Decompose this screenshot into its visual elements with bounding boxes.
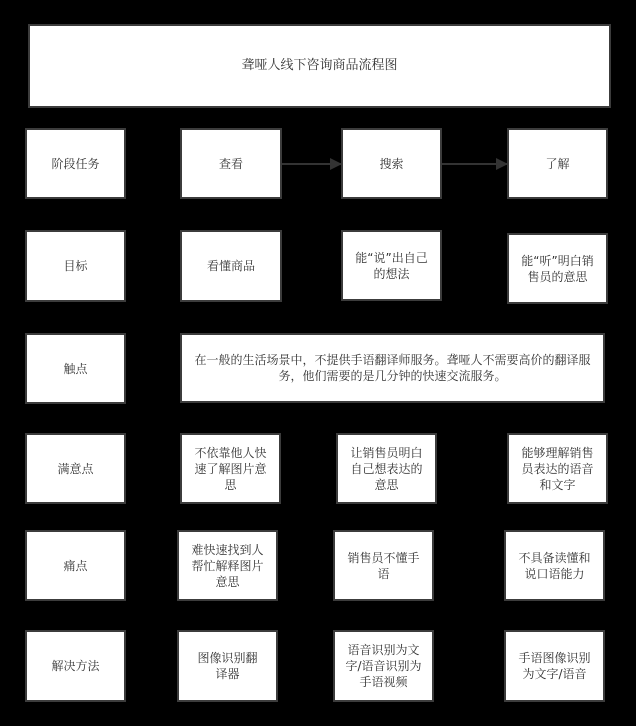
solution-cell: 图像识别翻译器 — [177, 630, 278, 702]
label-text: 解决方法 — [51, 658, 99, 674]
solution-cell: 手语图像识别为文字/语音 — [504, 630, 605, 702]
cell-text: 查看 — [219, 156, 243, 172]
satisfaction-cell: 不依靠他人快速了解图片意思 — [180, 433, 281, 504]
satisfaction-cell: 能够理解销售员表达的语音和文字 — [507, 433, 608, 504]
label-text: 满意点 — [57, 461, 93, 477]
goal-cell: 能“听”明白销售员的意思 — [507, 233, 608, 304]
pain-point-cell: 不具备读懂和说口语能力 — [504, 530, 605, 601]
cell-text: 搜索 — [379, 156, 403, 172]
row-label-pain-point: 痛点 — [25, 530, 126, 601]
satisfaction-cell: 让销售员明白自己想表达的意思 — [336, 433, 437, 504]
pain-point-cell: 销售员不懂手语 — [333, 530, 434, 601]
cell-text: 在一般的生活场景中，不提供手语翻译师服务。聋哑人不需要高价的翻译服务，他们需要的… — [192, 352, 593, 384]
title-text: 聋哑人线下咨询商品流程图 — [241, 58, 397, 74]
label-text: 痛点 — [63, 558, 87, 574]
cell-text: 不具备读懂和说口语能力 — [514, 550, 595, 582]
stage-understand: 了解 — [507, 128, 608, 199]
row-label-touchpoint: 触点 — [25, 333, 126, 404]
row-label-solution: 解决方法 — [25, 630, 126, 702]
cell-text: 看懂商品 — [207, 258, 255, 274]
touchpoint-cell: 在一般的生活场景中，不提供手语翻译师服务。聋哑人不需要高价的翻译服务，他们需要的… — [180, 333, 605, 403]
goal-cell: 能“说”出自己的想法 — [341, 230, 442, 301]
arrow-connector — [282, 163, 341, 165]
label-text: 触点 — [63, 361, 87, 377]
row-label-satisfaction: 满意点 — [25, 433, 126, 504]
goal-cell: 看懂商品 — [180, 230, 282, 302]
cell-text: 手语图像识别为文字/语音 — [514, 650, 595, 682]
row-label-stage-task: 阶段任务 — [25, 128, 126, 199]
cell-text: 难快速找到人帮忙解释图片意思 — [187, 542, 268, 590]
cell-text: 语音识别为文字/语音识别为手语视频 — [343, 642, 424, 690]
cell-text: 销售员不懂手语 — [343, 550, 424, 582]
label-text: 阶段任务 — [51, 156, 99, 172]
diagram-title: 聋哑人线下咨询商品流程图 — [28, 24, 611, 108]
cell-text: 不依靠他人快速了解图片意思 — [190, 445, 271, 493]
cell-text: 能“听”明白销售员的意思 — [517, 253, 598, 285]
cell-text: 能“说”出自己的想法 — [351, 250, 432, 282]
stage-view: 查看 — [180, 128, 282, 199]
cell-text: 了解 — [545, 156, 569, 172]
pain-point-cell: 难快速找到人帮忙解释图片意思 — [177, 530, 278, 601]
label-text: 目标 — [63, 258, 87, 274]
cell-text: 能够理解销售员表达的语音和文字 — [517, 445, 598, 493]
cell-text: 图像识别翻译器 — [197, 650, 258, 682]
cell-text: 让销售员明白自己想表达的意思 — [346, 445, 427, 493]
arrow-connector — [442, 163, 507, 165]
stage-search: 搜索 — [341, 128, 442, 199]
row-label-goal: 目标 — [25, 230, 126, 302]
solution-cell: 语音识别为文字/语音识别为手语视频 — [333, 630, 434, 702]
